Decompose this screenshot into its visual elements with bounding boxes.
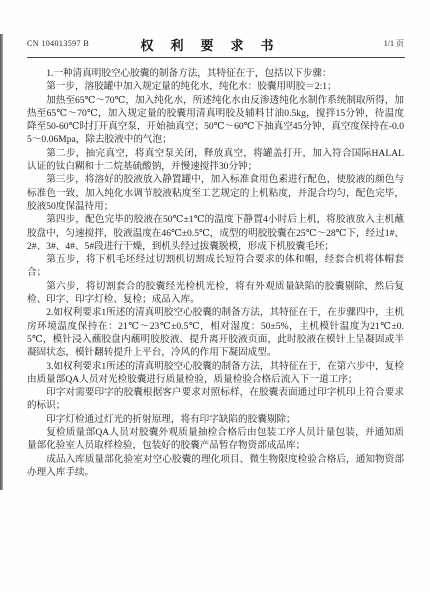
claim-paragraph: 印字灯检通过灯光的折射原理，将有印字缺陷的胶囊剔除； [27,413,404,426]
publication-number: CN 104013597 B [27,39,89,48]
claim-paragraph: 第四步，配色完毕的胶液在50℃±1℃的温度下静置4小时后上机，将胶液放入主机蘸胶… [27,213,404,253]
claim-paragraph: 第六步，将切割套合的胶囊经光检机光检，将有外观质量缺陷的胶囊剔除，然后复检、印字… [27,280,404,307]
claim-paragraph: 复检质量部QA人员对胶囊外观质量抽检合格后由包装工序人员计量包装，并通知质量部化… [27,426,404,453]
claim-paragraph: 第二步，抽完真空，将真空泵关闭，释放真空，将罐盖打开，加入符合国际HALAL认证… [27,147,404,174]
claims-body: 1.一种清真明胶空心胶囊的制备方法，其特征在于，包括以下步骤： 第一步，溶胶罐中… [27,67,404,479]
claim-paragraph: 3.如权利要求1所述的清真明胶空心胶囊的制备方法，其特征在于，在第六步中，复检由… [27,360,404,387]
scan-edge-artifact [0,34,3,490]
claim-paragraph: 第三步，将溶好的胶液放入静置罐中，加入标准食用色素进行配色，使胶液的颜色与标准色… [27,173,404,213]
claim-paragraph: 1.一种清真明胶空心胶囊的制备方法，其特征在于，包括以下步骤： [27,67,404,80]
header-rule [27,57,405,58]
claim-paragraph: 第一步，溶胶罐中加入规定量的纯化水，纯化水：胶囊用明胶＝2:1； [27,80,404,93]
document-title: 权利要求书 [140,35,290,54]
claim-paragraph: 加热至65℃～70℃，加入纯化水，所述纯化水由反渗透纯化水制作系统制取所得，加热… [27,94,404,147]
page-header: CN 104013597 B 权利要求书 1/1 页 [27,38,404,54]
claim-paragraph: 成品入库质量部化验室对空心胶囊的理化项目、微生物限度检验合格后，通知物资部办理入… [27,453,404,480]
patent-claims-page: CN 104013597 B 权利要求书 1/1 页 1.一种清真明胶空心胶囊的… [0,0,430,592]
claim-paragraph: 印字对需要印字的胶囊根据客户要求对照标样，在胶囊表面通过印字机印上符合要求的标识… [27,386,404,413]
claim-paragraph: 第五步，将下机毛坯经过切割机切割成长短符合要求的体和帽，经套合机将体帽套合； [27,253,404,280]
page-indicator: 1/1 页 [384,38,404,49]
claim-paragraph: 2.如权利要求1所述的清真明胶空心胶囊的制备方法，其特征在于，在步骤四中，主机房… [27,306,404,359]
